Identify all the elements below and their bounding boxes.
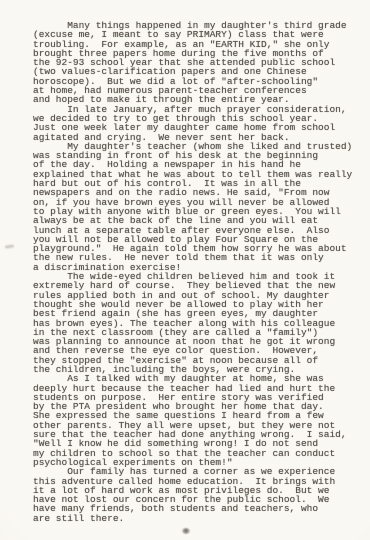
bottom-page-number-mark	[182, 528, 190, 534]
left-margin-smudge-mark	[5, 244, 14, 248]
letter-body-text: Many things happened in my daughter's th…	[33, 21, 352, 523]
document-page: Many things happened in my daughter's th…	[0, 0, 370, 540]
